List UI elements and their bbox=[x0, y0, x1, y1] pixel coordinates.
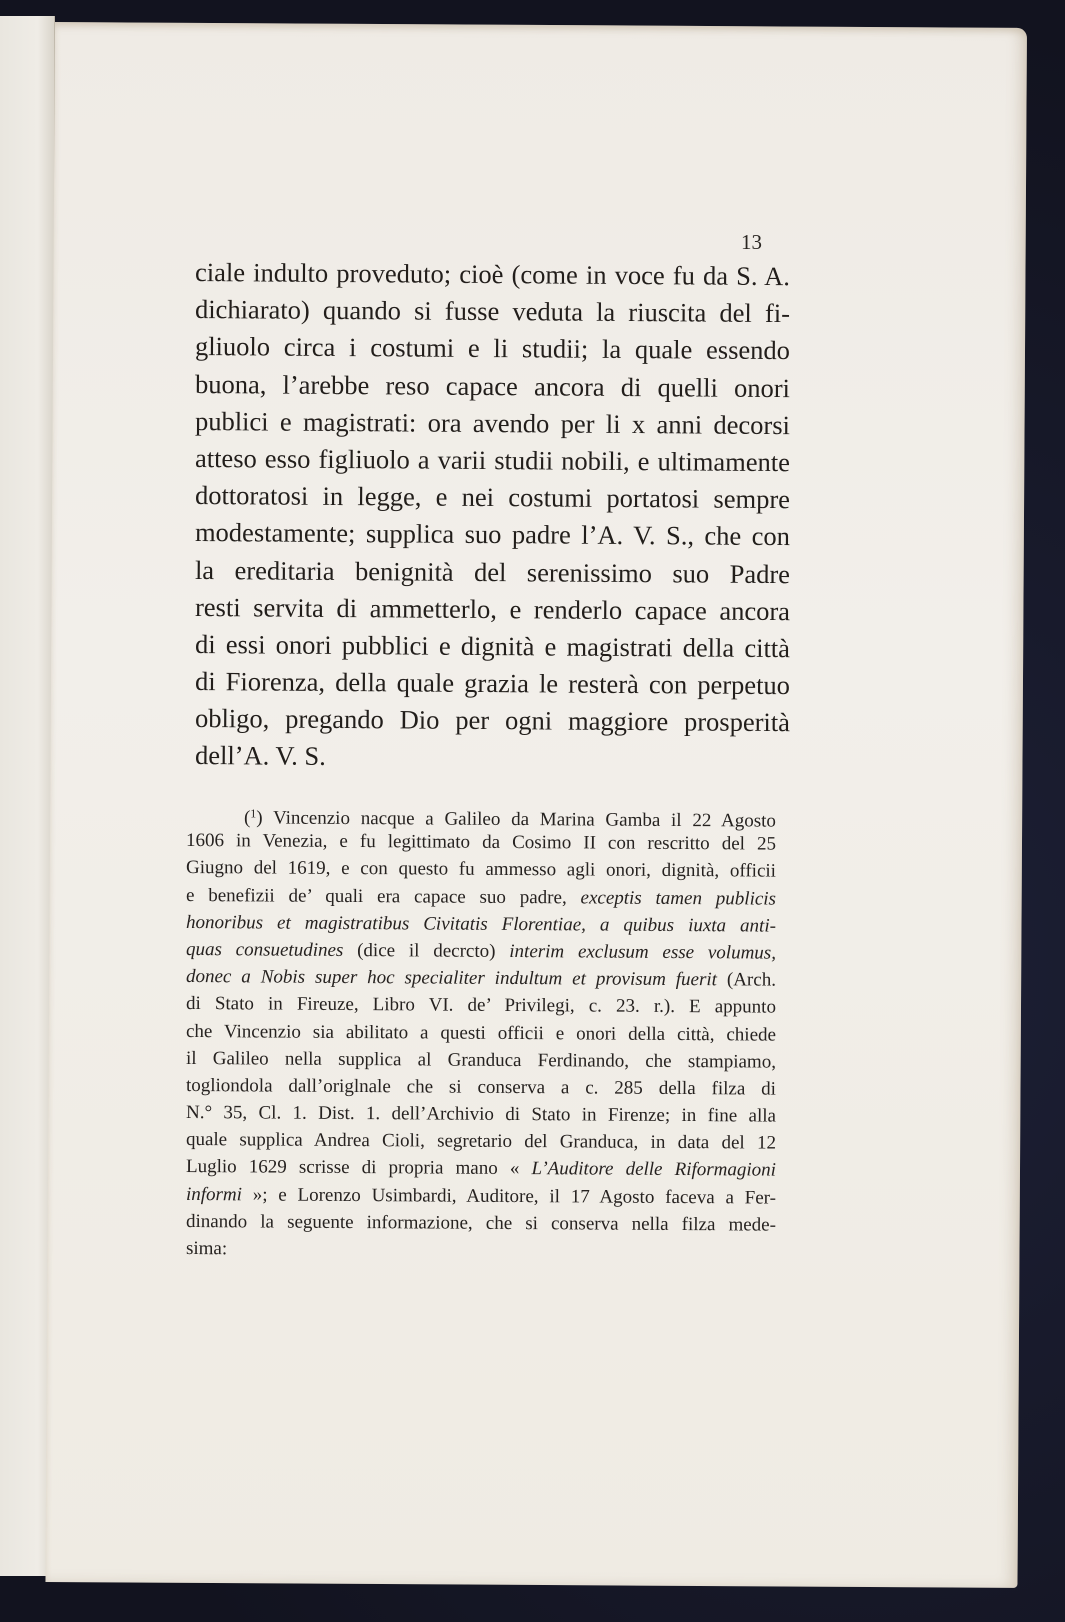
footnote-line: (1) Vincenzio nacque a Galileo da Marina… bbox=[186, 800, 776, 831]
footnote-line: sima: bbox=[186, 1235, 776, 1266]
footnote-line: il Galileo nella supplica al Granduca Fe… bbox=[186, 1045, 776, 1076]
footnote-line: 1606 in Venezia, e fu legittimato da Cos… bbox=[186, 827, 776, 858]
text-line: publici e magistrati: ora avendo per li … bbox=[195, 403, 790, 444]
text-line: obligo, pregando Dio per ogni maggiore p… bbox=[195, 700, 790, 741]
footnote-line: honoribus et magistratibus Civitatis Flo… bbox=[186, 909, 776, 940]
text-line: modestamente; supplica suo padre l’A. V.… bbox=[195, 514, 790, 555]
text-line: dichiarato) quando si fusse veduta la ri… bbox=[195, 291, 790, 332]
text-line: di essi onori pubblici e dignità e magis… bbox=[195, 626, 790, 667]
footnote-marker: (1) bbox=[244, 807, 273, 828]
text-line: buona, l’arebbe reso capace ancora di qu… bbox=[195, 366, 790, 407]
footnote: (1) Vincenzio nacque a Galileo da Marina… bbox=[186, 800, 776, 1262]
page-number: 13 bbox=[741, 230, 762, 255]
main-text: ciale indulto proveduto; cioè (come in v… bbox=[195, 254, 790, 775]
footnote-line: quas consuetudines (dice il decrcto) int… bbox=[186, 936, 776, 967]
footnote-line: quale supplica Andrea Cioli, segretario … bbox=[186, 1126, 776, 1157]
footnote-line: donec a Nobis super hoc specialiter indu… bbox=[186, 963, 776, 994]
footnote-line: dinando la seguente informazione, che si… bbox=[186, 1208, 776, 1239]
text-line: gliuolo circa i costumi e li studii; la … bbox=[195, 328, 790, 369]
text-line: la ereditaria benignità del serenissimo … bbox=[195, 552, 790, 593]
footnote-line: che Vincenzio sia abilitato a questi off… bbox=[186, 1018, 776, 1049]
footnote-line: N.° 35, Cl. 1. Dist. 1. dell’Archivio di… bbox=[186, 1099, 776, 1130]
text-line: ciale indulto proveduto; cioè (come in v… bbox=[195, 254, 790, 295]
text-line: di Fiorenza, della quale grazia le reste… bbox=[195, 663, 790, 704]
text-line: dell’A. V. S. bbox=[195, 737, 790, 778]
text-line: dottoratosi in legge, e nei costumi port… bbox=[195, 477, 790, 518]
footnote-line: Luglio 1629 scrisse di propria mano « L’… bbox=[186, 1153, 776, 1184]
footnote-line: informi »; e Lorenzo Usimbardi, Auditore… bbox=[186, 1181, 776, 1212]
text-line: atteso esso figliuolo a varii studii nob… bbox=[195, 440, 790, 481]
footnote-line: Giugno del 1619, e con questo fu ammesso… bbox=[186, 854, 776, 885]
footnote-line: togliondola dall’origlnale che si conser… bbox=[186, 1072, 776, 1103]
footnote-line: e benefizii de’ quali era capace suo pad… bbox=[186, 882, 776, 913]
text-line: resti servita di ammetterlo, e renderlo … bbox=[195, 589, 790, 630]
footnote-line: di Stato in Fireuze, Libro VI. de’ Privi… bbox=[186, 990, 776, 1021]
